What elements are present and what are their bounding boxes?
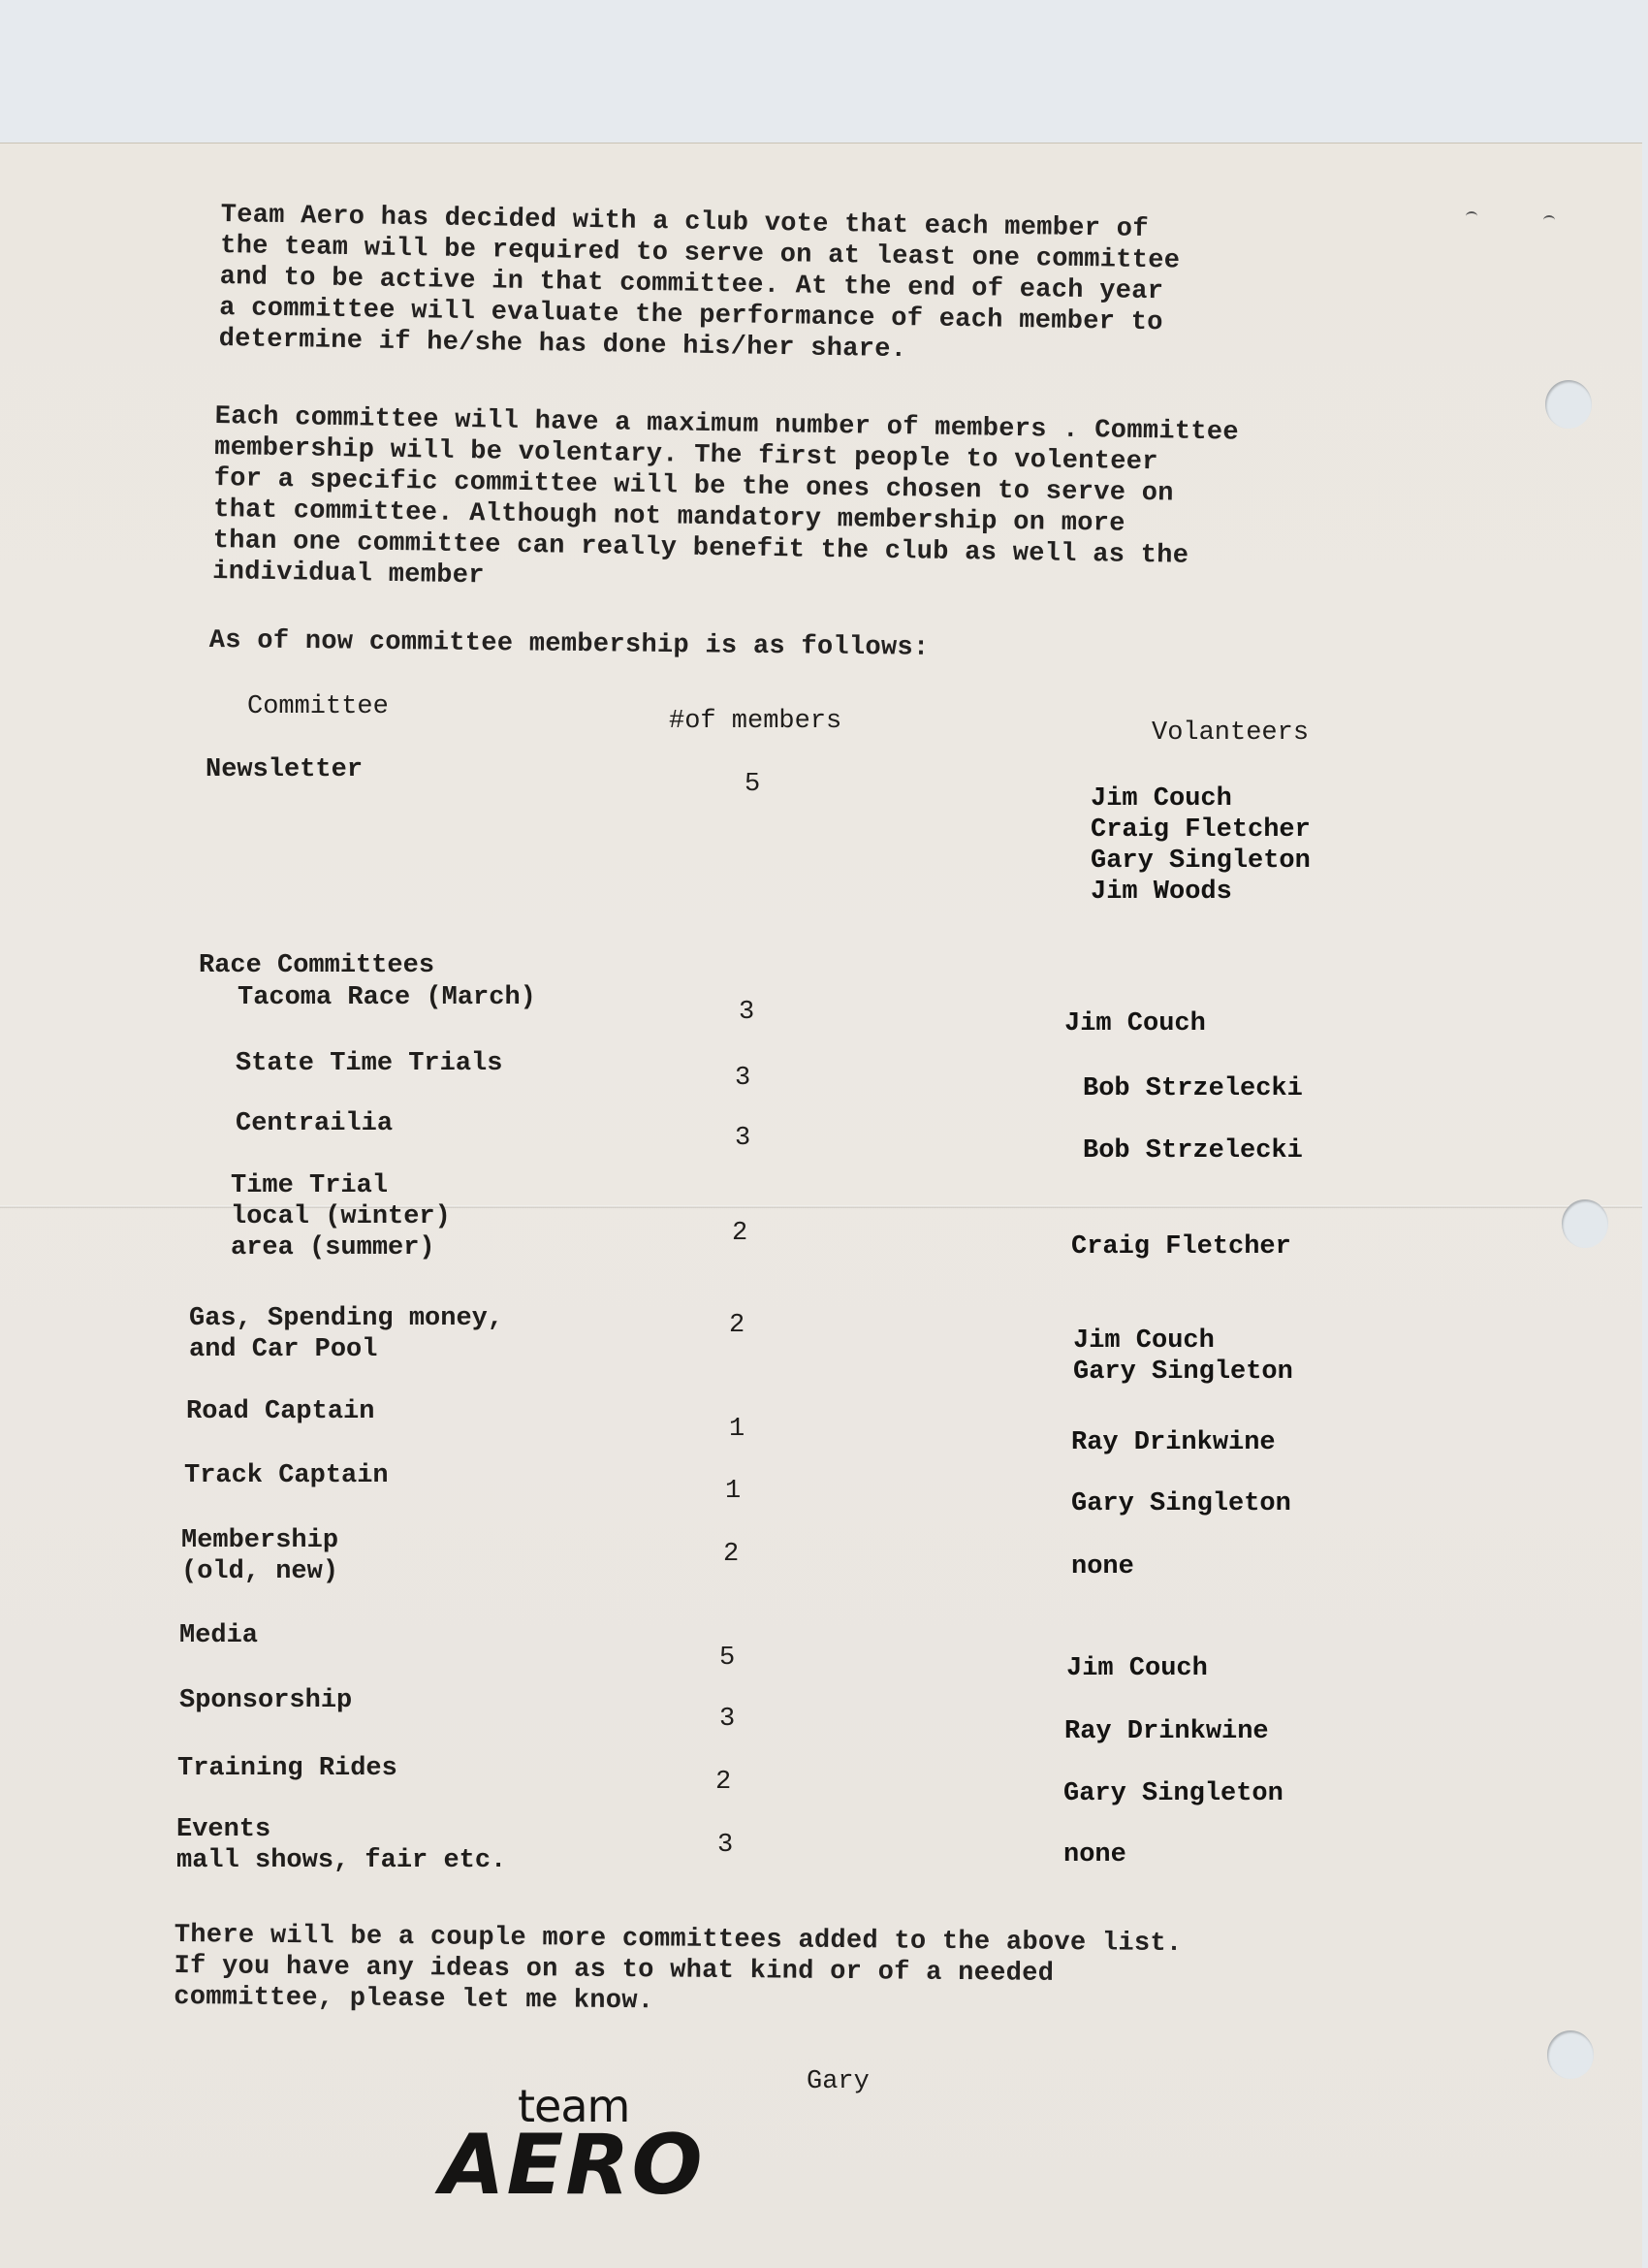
header-committee: Committee: [247, 691, 389, 722]
volunteer-names: Jim Couch: [1066, 1653, 1208, 1684]
committee-name: Centrailia: [236, 1108, 393, 1139]
committee-name: Race Committees: [199, 950, 434, 981]
volunteer-names: Gary Singleton: [1063, 1778, 1284, 1809]
member-count: 2: [732, 1218, 747, 1249]
committee-name: Events mall shows, fair etc.: [176, 1814, 506, 1876]
second-paragraph: Each committee will have a maximum numbe…: [212, 401, 1239, 604]
volunteer-names: Bob Strzelecki: [1083, 1135, 1303, 1166]
member-count: 3: [717, 1830, 733, 1861]
punch-hole-middle: [1562, 1199, 1608, 1248]
member-count: 5: [719, 1643, 735, 1674]
intro-paragraph: Team Aero has decided with a club vote t…: [218, 200, 1181, 370]
committee-name: Road Captain: [186, 1396, 374, 1427]
closing-paragraph: There will be a couple more committees a…: [174, 1920, 1182, 2022]
signature: Gary: [807, 2066, 870, 2097]
volunteer-names: Jim Couch Craig Fletcher Gary Singleton …: [1091, 783, 1311, 908]
member-count: 3: [739, 997, 754, 1028]
volunteer-names: Gary Singleton: [1071, 1488, 1291, 1519]
volunteer-names: Ray Drinkwine: [1064, 1716, 1269, 1747]
member-count: 2: [723, 1539, 739, 1570]
committee-name: Training Rides: [177, 1753, 397, 1784]
committee-name: Tacoma Race (March): [238, 982, 536, 1013]
member-count: 1: [725, 1476, 741, 1507]
committee-name: Gas, Spending money, and Car Pool: [189, 1303, 503, 1365]
committee-name: Newsletter: [206, 754, 363, 785]
committee-name: State Time Trials: [236, 1048, 502, 1079]
logo-aero-text: AERO: [440, 2124, 705, 2207]
committee-name: Track Captain: [184, 1460, 389, 1491]
member-count: 2: [715, 1767, 731, 1798]
punch-hole-top: [1545, 380, 1592, 429]
committee-name: Media: [179, 1620, 258, 1651]
member-count: 3: [719, 1704, 735, 1735]
committee-name: Sponsorship: [179, 1685, 352, 1716]
committee-name: Time Trial local (winter) area (summer): [231, 1170, 451, 1263]
member-count: 5: [745, 769, 760, 800]
volunteer-names: Ray Drinkwine: [1071, 1427, 1276, 1458]
member-count: 3: [735, 1123, 750, 1154]
staple-mark: [1466, 211, 1558, 223]
punch-hole-bottom: [1547, 2030, 1594, 2079]
member-count: 2: [729, 1310, 745, 1341]
header-volunteers: Volanteers: [1152, 718, 1309, 749]
volunteer-names: Bob Strzelecki: [1083, 1073, 1303, 1104]
volunteer-names: none: [1071, 1551, 1134, 1582]
volunteer-names: Jim Couch Gary Singleton: [1073, 1326, 1293, 1388]
member-count: 1: [729, 1414, 745, 1445]
volunteer-names: none: [1063, 1839, 1126, 1870]
volunteer-names: Jim Couch: [1064, 1008, 1206, 1039]
volunteer-names: Craig Fletcher: [1071, 1231, 1291, 1262]
header-members: #of members: [669, 706, 841, 737]
committee-name: Membership (old, new): [181, 1525, 338, 1587]
member-count: 3: [735, 1063, 750, 1094]
